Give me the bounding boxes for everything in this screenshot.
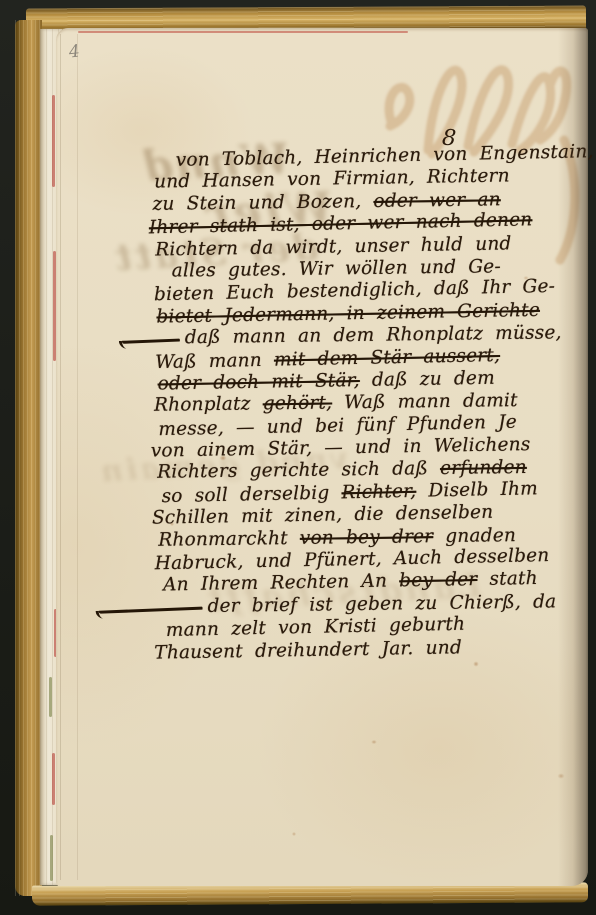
gilt-striations xyxy=(15,20,42,896)
struck-text-segment: mit dem Stär aussert, xyxy=(274,344,500,370)
text-segment: Waß mann xyxy=(155,349,274,372)
text-segment: stath xyxy=(477,568,538,590)
text-segment: daß mann an dem Rhonplatz müsse, xyxy=(185,322,562,348)
book-gilt-edge-left xyxy=(15,20,42,896)
text-segment: Rhonmarckht xyxy=(158,528,300,551)
folio-number-pencil: 4 xyxy=(68,43,81,61)
red-edge-line xyxy=(78,31,408,33)
page-crease xyxy=(60,34,61,880)
text-segment: zu Stein und Bozen, xyxy=(152,191,373,215)
struck-text-segment: Richter, xyxy=(341,481,416,504)
struck-text-segment: oder doch mit Stär, xyxy=(157,370,360,395)
struck-text-segment: erfunden xyxy=(440,457,527,479)
struck-text-segment: von bey drer xyxy=(300,526,434,549)
text-segment: Diselb Ihm xyxy=(416,478,538,502)
text-segment: so soll derselbig xyxy=(161,482,341,507)
text-segment: Richters gerichte sich daß xyxy=(157,459,440,484)
margin-dash-stroke xyxy=(122,339,180,344)
text-segment: daß zu dem xyxy=(360,368,495,391)
edge-fleck-red xyxy=(52,753,55,805)
manuscript-photo: 4 WnndWierder Stattvnnd gemainLandtschaf… xyxy=(0,0,596,915)
text-segment: der brief ist geben zu Chierß, da xyxy=(207,591,556,617)
page-crease xyxy=(77,34,78,880)
text-segment: An Ihrem Rechten An xyxy=(163,571,399,596)
text-segment: Thausent dreihundert Jar. und xyxy=(154,637,462,663)
edge-fleck-green xyxy=(49,677,52,717)
margin-dash-stroke xyxy=(99,606,203,613)
struck-text-segment: gehört, xyxy=(263,393,333,415)
text-segment: Rhonplatz xyxy=(154,394,263,416)
edge-fleck-green xyxy=(50,835,53,881)
manuscript-page: 4 WnndWierder Stattvnnd gemainLandtschaf… xyxy=(56,28,588,886)
text-segment: Waß mann damit xyxy=(332,390,518,413)
edge-fleck-red xyxy=(52,95,55,187)
struck-text-segment: oder wer an xyxy=(373,189,501,212)
handwritten-text-block: von Toblach, Heinrichen von Engenstain,u… xyxy=(146,142,575,664)
text-segment: gnaden xyxy=(433,525,516,547)
struck-text-segment: bey der xyxy=(399,569,478,591)
